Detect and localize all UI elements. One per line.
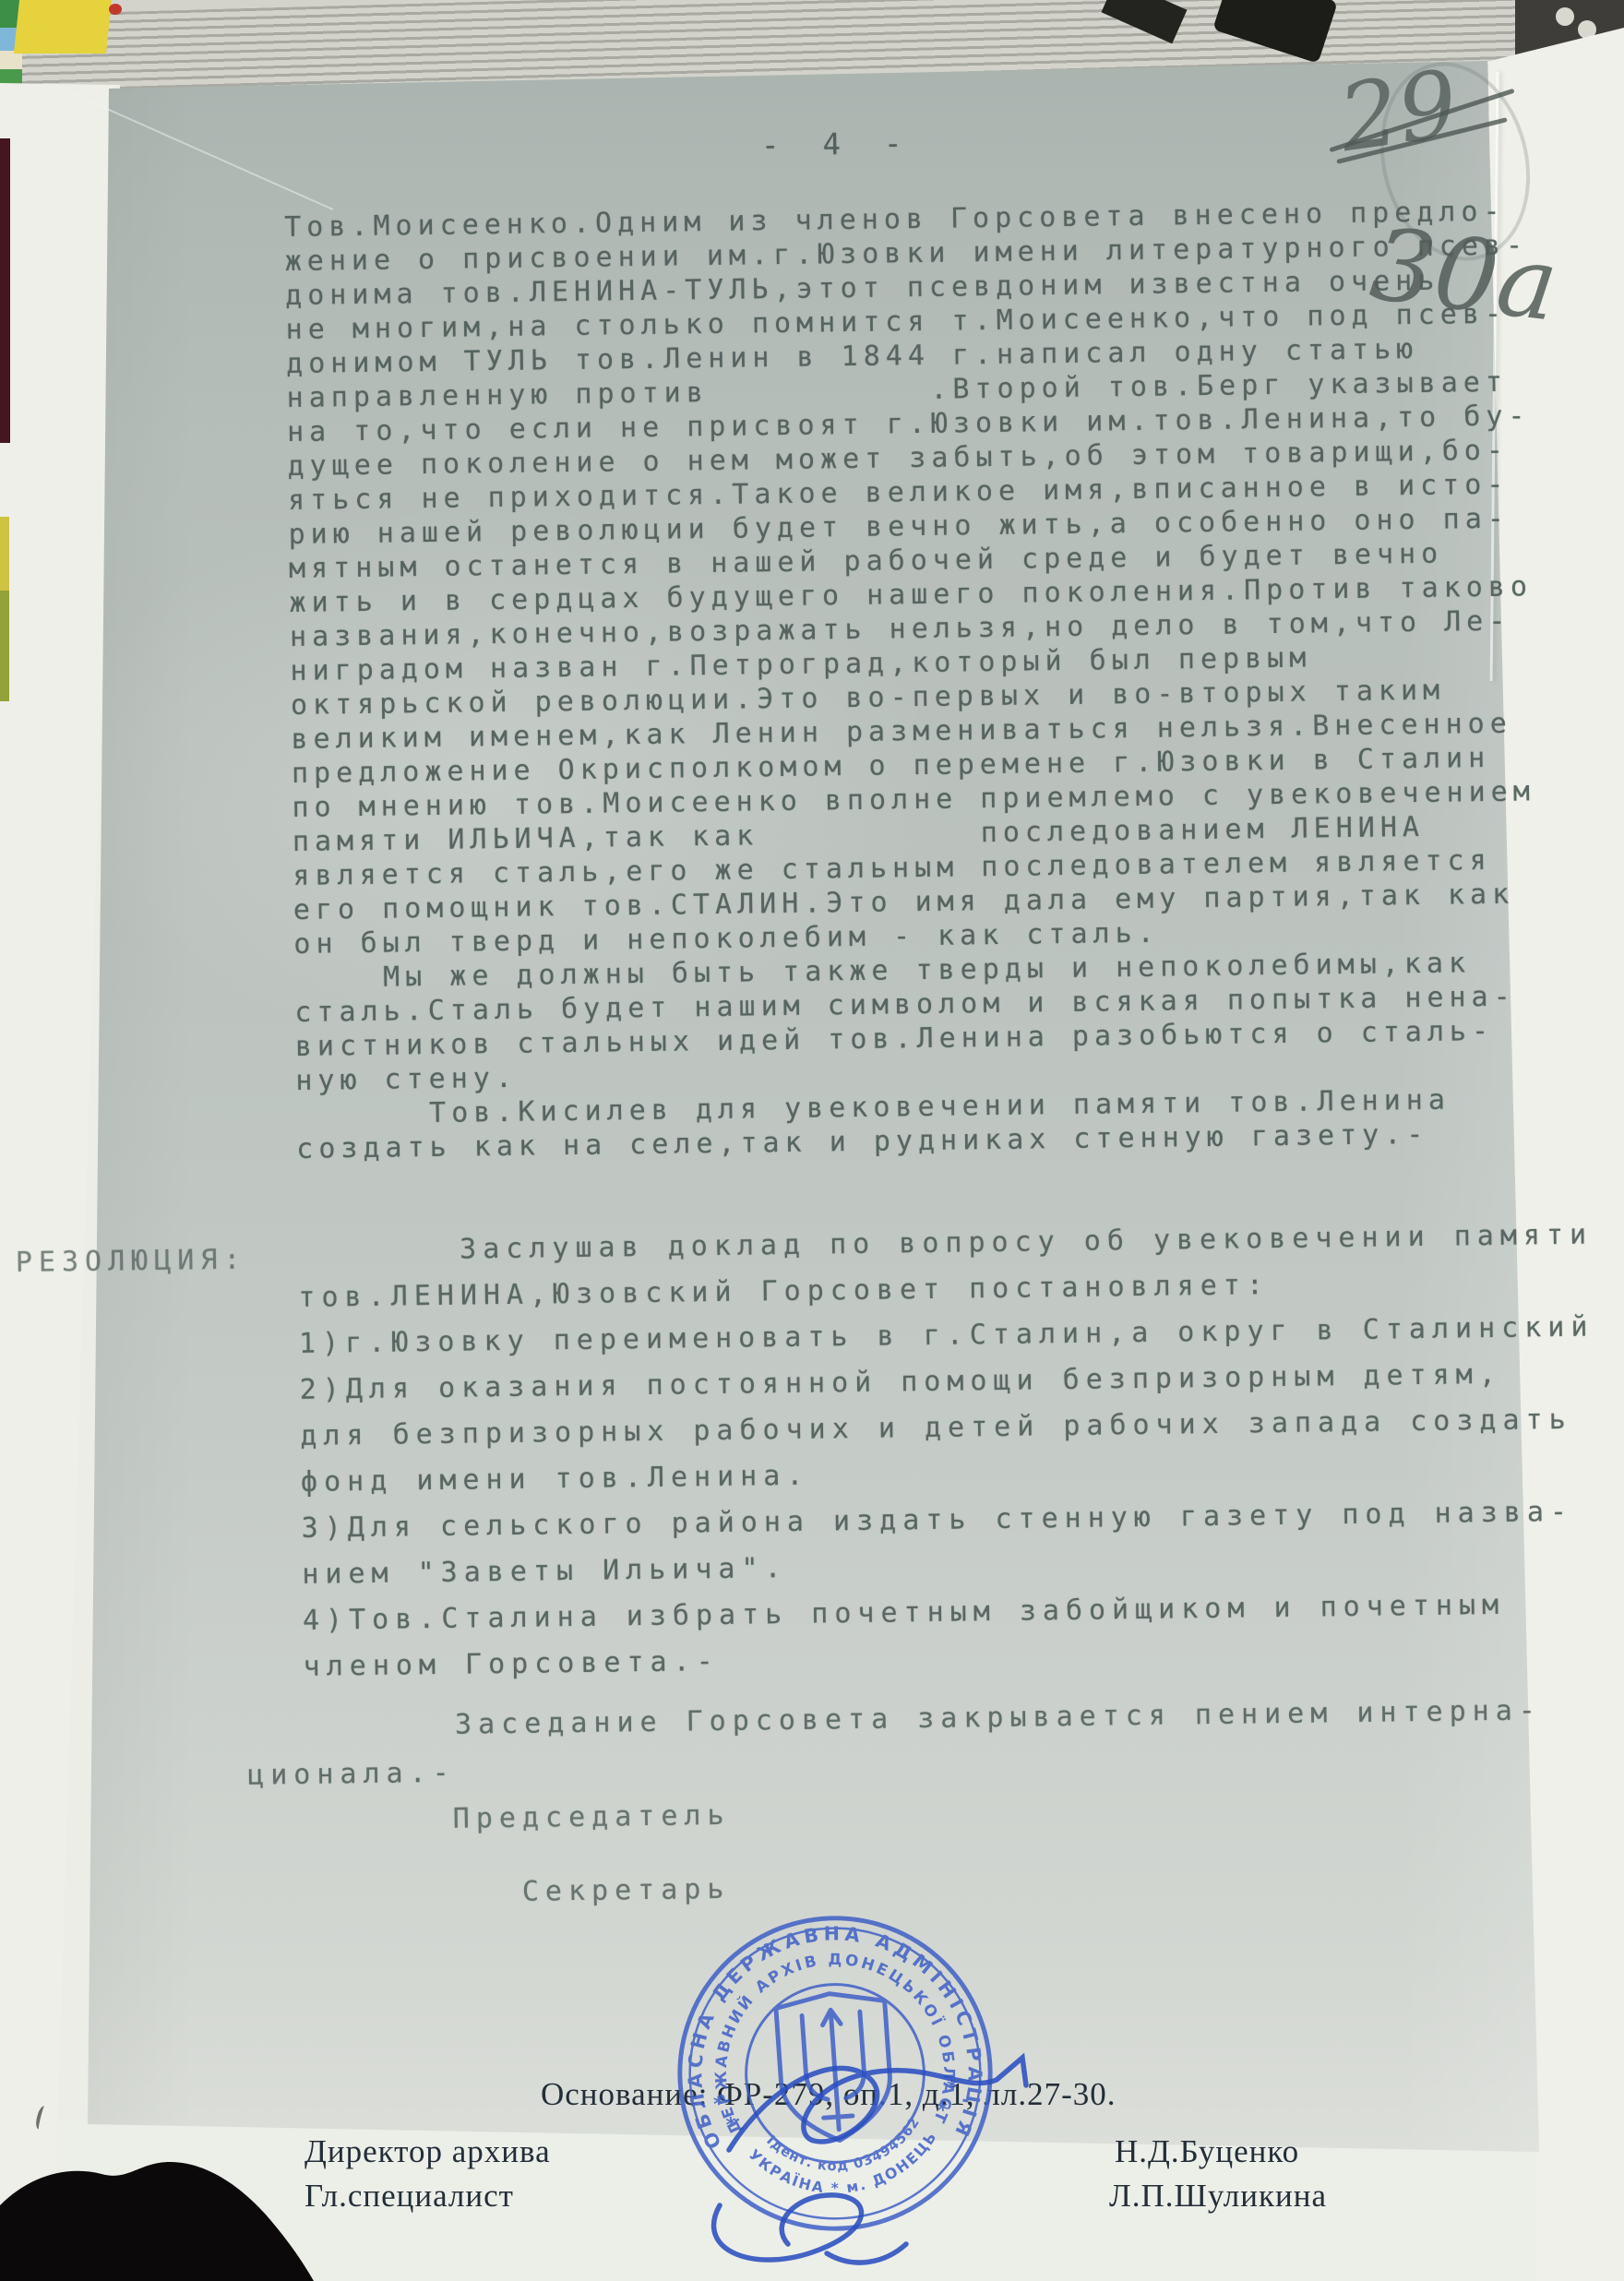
chairman-line: Председатель [453,1799,731,1835]
secretary-line: Секретарь [522,1873,731,1908]
closing-lines: Заседание Горсовета закрывается пением и… [246,1687,1543,1799]
handwritten-folio-number: 30а [1365,207,1564,344]
page-number: - 4 - [761,126,915,162]
typewritten-body: Тов.Моисеенко.Одним из членов Горсовета … [284,194,1540,1166]
photo-archival-document: { "page": { "page_number": "- 4 -", "han… [0,0,1624,2281]
signature-ink [609,1993,1126,2281]
footer-director-name: Н.Д.Буценко [1115,2133,1299,2170]
dark-object-bottom-left [0,2141,351,2281]
footer-specialist-name: Л.П.Шуликина [1109,2178,1327,2215]
resolution-label: РЕЗОЛЮЦИЯ: [16,1237,247,1286]
resolution-lines: Заслушав доклад по вопросу об увековечен… [297,1212,1598,1690]
